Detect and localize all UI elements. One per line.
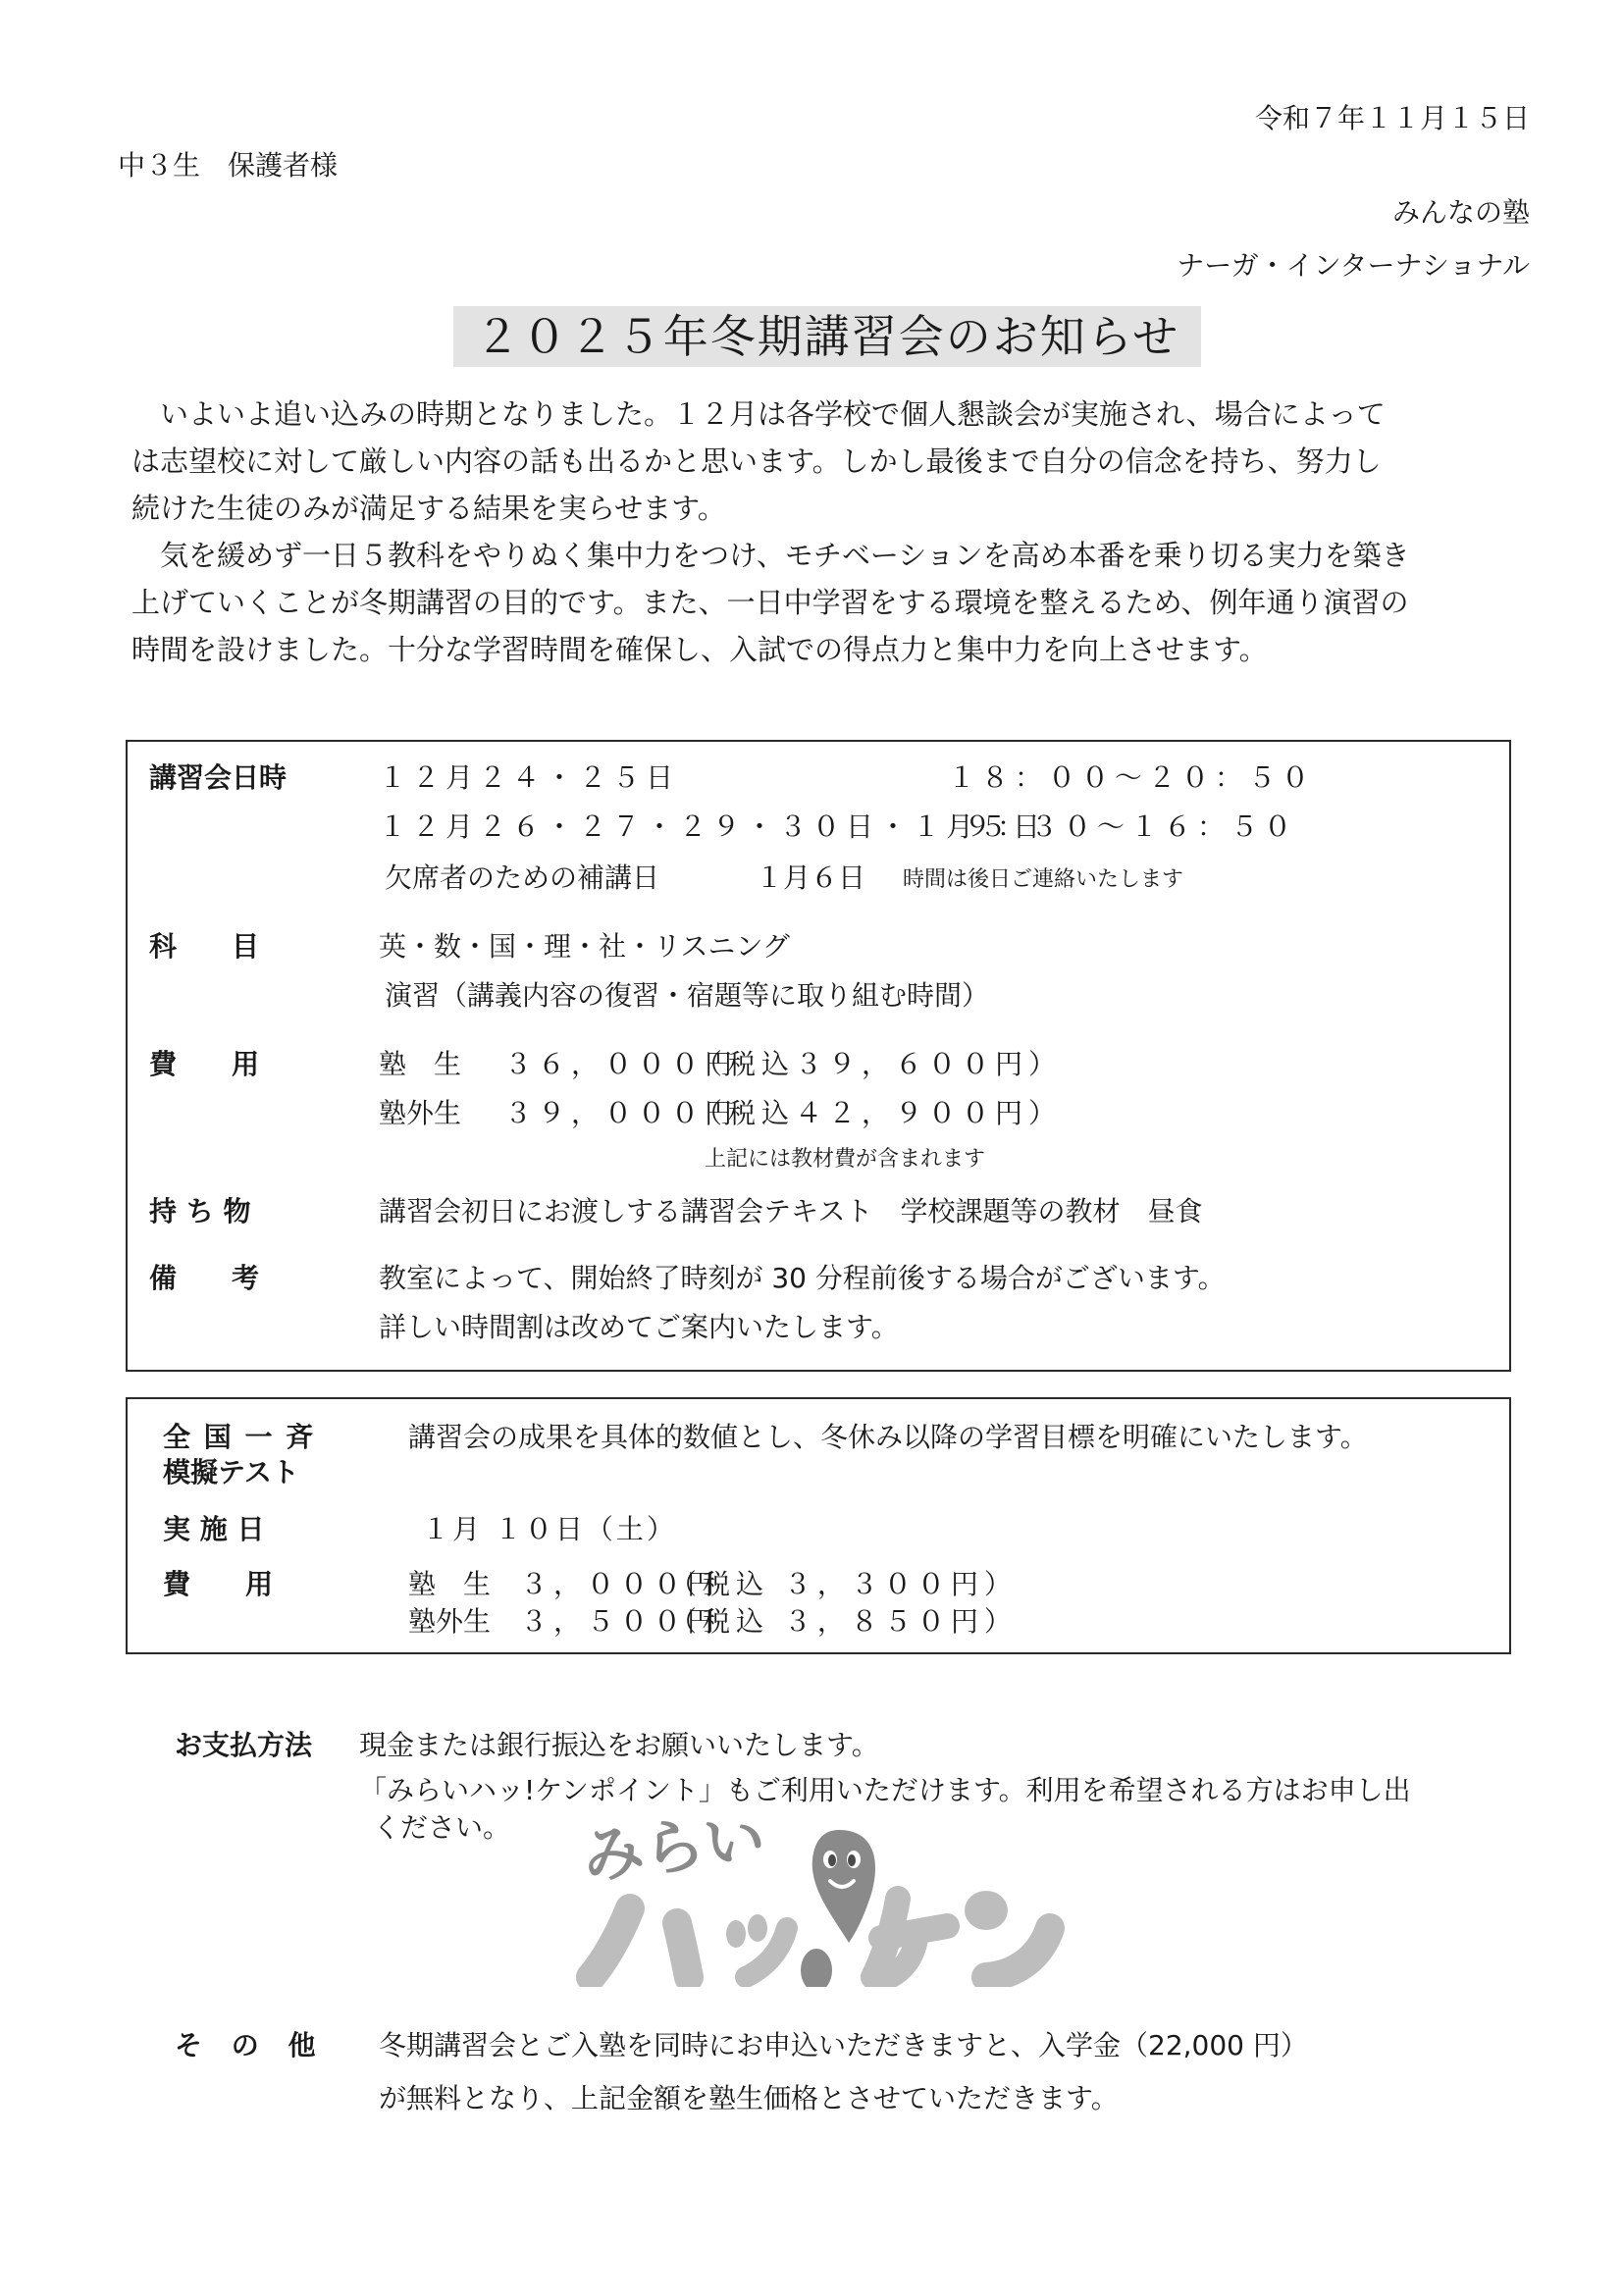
belongings-value: 講習会初日にお渡しする講習会テキスト 学校課題等の教材 昼食 — [379, 1195, 1202, 1228]
sender-name: みんなの塾 — [1392, 196, 1530, 230]
fee-type-member: 塾 生 — [379, 1048, 461, 1081]
belongings-label: 持 ち 物 — [149, 1195, 251, 1228]
subjects-practice: 演習（講義内容の復習・宿題等に取り組む時間） — [385, 979, 989, 1013]
subjects-label: 科 目 — [149, 930, 259, 964]
schedule-time-1: １８：００～２０：５０ — [948, 761, 1315, 795]
makeup-label: 欠席者のための補講日 — [385, 861, 659, 895]
payment-line-3: ください。 — [373, 1811, 510, 1845]
intro-line: 気を緩めず一日５教科をやりぬく集中力をつけ、モチベーションを高め本番を乗り切る実… — [131, 532, 1515, 579]
mock-fee-type-nonmember: 塾外生 — [408, 1605, 491, 1639]
mock-test-fee-label: 費 用 — [163, 1568, 273, 1601]
mock-fee-type-member: 塾 生 — [408, 1568, 491, 1601]
fee-taxincl-nonmember: （税込４２，９００円） — [695, 1097, 1062, 1130]
mock-test-label-line-1: 全 国 一 斉 — [163, 1421, 315, 1454]
other-label: そ の 他 — [175, 2029, 326, 2062]
fees-note: 上記には教材費が含まれます — [705, 1146, 985, 1174]
payment-label: お支払方法 — [175, 1729, 312, 1762]
schedule-dates-2: １２月２６・２７・２９・３０日・１月５日 — [379, 810, 1046, 844]
title-banner: ２０２５年冬期講習会のお知らせ — [453, 306, 1201, 367]
intro-line: は志望校に対して厳しい内容の話も出るかと思います。しかし最後まで自分の信念を持ち… — [131, 438, 1515, 485]
schedule-label: 講習会日時 — [149, 761, 287, 795]
document-date: 令和７年１１月１５日 — [1255, 102, 1530, 135]
mock-fee-taxincl-member: （税込 ３，３００円） — [669, 1568, 1018, 1601]
sender-organization: ナーガ・インターナショナル — [1177, 249, 1530, 283]
remarks-line-1: 教室によって、開始終了時刻が 30 分程前後する場合がございます。 — [379, 1262, 1226, 1295]
intro-paragraph: いよいよ追い込みの時期となりました。１２月は各学校で個人懇談会が実施され、場合に… — [131, 391, 1515, 673]
course-details-box: 講習会日時 １２月２４・２５日 １８：００～２０：５０ １２月２６・２７・２９・… — [126, 740, 1511, 1372]
makeup-date: １月６日 — [756, 861, 865, 895]
intro-line: 続けた生徒のみが満足する結果を実らせます。 — [131, 485, 1515, 532]
svg-text:みらい: みらい — [580, 1810, 769, 1893]
mock-test-box: 全 国 一 斉 模擬テスト 講習会の成果を具体的数値とし、冬休み以降の学習目標を… — [126, 1397, 1511, 1654]
remarks-label: 備 考 — [149, 1262, 259, 1295]
mock-test-date-label: 実 施 日 — [163, 1513, 265, 1546]
intro-line: いよいよ追い込みの時期となりました。１２月は各学校で個人懇談会が実施され、場合に… — [131, 391, 1515, 438]
mock-fee-taxincl-nonmember: （税込 ３，８５０円） — [669, 1605, 1018, 1639]
mock-test-description: 講習会の成果を具体的数値とし、冬休み以降の学習目標を明確にいたします。 — [408, 1421, 1368, 1454]
intro-line: 上げていくことが冬期講習の目的です。また、一日中学習をする環境を整えるため、例年… — [131, 579, 1515, 626]
subjects-list: 英・数・国・理・社・リスニング — [379, 930, 790, 964]
fees-label: 費 用 — [149, 1048, 259, 1081]
makeup-note: 時間は後日ご連絡いたします — [903, 866, 1183, 894]
mirai-hakken-logo-icon: みらい — [569, 1810, 1079, 1987]
mirai-hakken-logo: みらい — [569, 1810, 1079, 1987]
addressee: 中３生 保護者様 — [118, 149, 338, 183]
other-line-2: が無料となり、上記金額を塾生価格とさせていただきます。 — [379, 2082, 1119, 2115]
fee-type-nonmember: 塾外生 — [379, 1097, 461, 1130]
remarks-line-2: 詳しい時間割は改めてご案内いたします。 — [379, 1311, 899, 1344]
schedule-dates-1: １２月２４・２５日 — [379, 761, 679, 795]
intro-line: 時間を設けました。十分な学習時間を確保し、入試での得点力と集中力を向上させます。 — [131, 626, 1515, 673]
schedule-time-2: ９：３０～１６：５０ — [964, 810, 1297, 844]
other-line-1: 冬期講習会とご入塾を同時にお申込いただきますと、入学金（22,000 円） — [379, 2029, 1308, 2062]
payment-line-2: 「みらいハッ!ケンポイント」もご利用いただけます。利用を希望される方はお申し出 — [359, 1774, 1411, 1807]
payment-line-1: 現金または銀行振込をお願いいたします。 — [359, 1729, 879, 1762]
mock-test-label-line-2: 模擬テスト — [163, 1456, 299, 1489]
page-title: ２０２５年冬期講習会のお知らせ — [475, 311, 1180, 362]
mock-test-date: １月 １０日（土） — [422, 1513, 677, 1546]
fee-taxincl-member: （税込３９，６００円） — [695, 1048, 1062, 1081]
